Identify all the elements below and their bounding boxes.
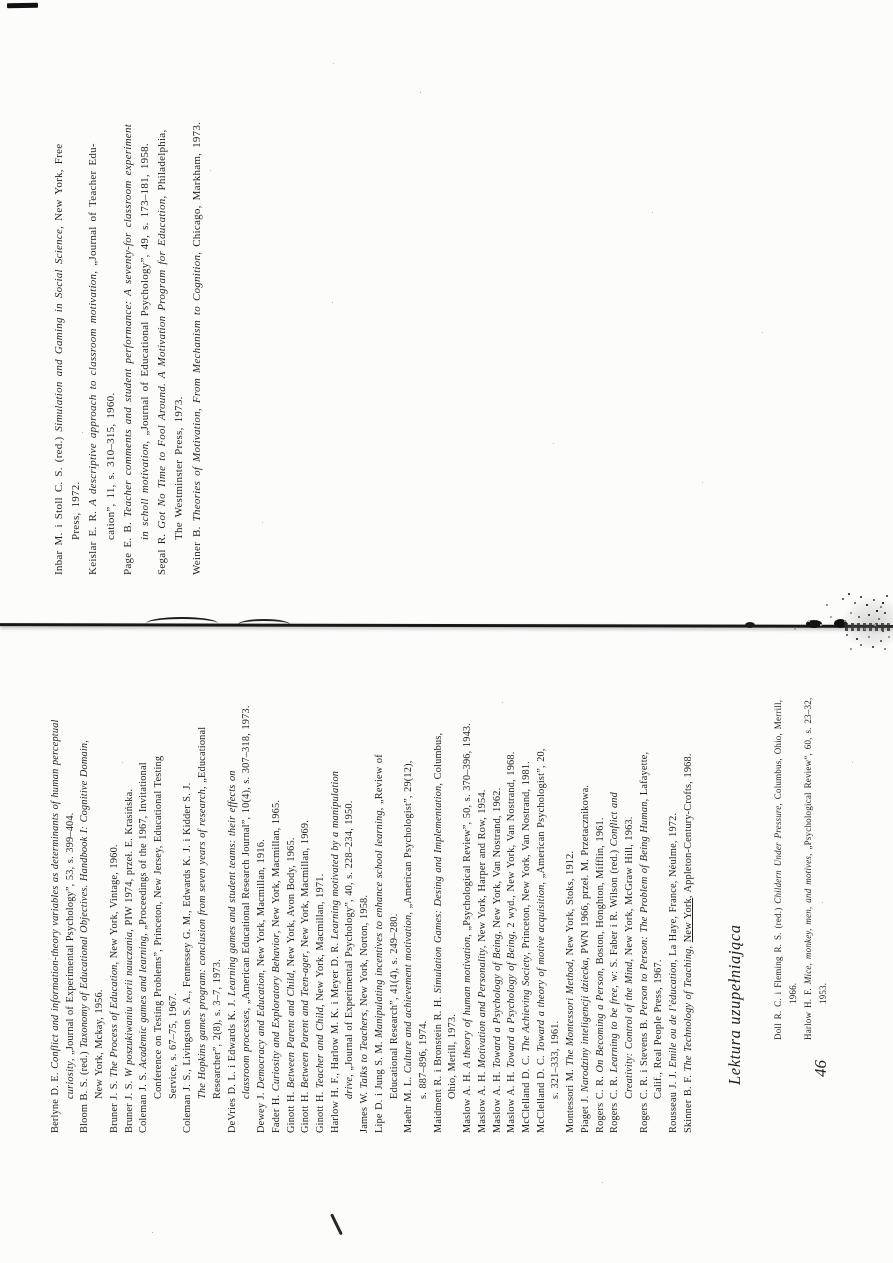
reference-line: Maslow A. H. A theory of human motivatio… bbox=[461, 705, 476, 1133]
reference-line: Creativity: Control of the Mind, New Yor… bbox=[623, 705, 638, 1133]
page-number: 46 bbox=[811, 1060, 831, 1077]
reference-line: Conference on Testing Problems”, Princet… bbox=[152, 705, 167, 1133]
reference-line: Dewey J. Democracy and Education, New Yo… bbox=[255, 705, 270, 1133]
scan-smudge-speckles bbox=[838, 590, 840, 592]
reference-line: The Westminster Press, 1973. bbox=[171, 122, 188, 575]
reference-line: Rogers C. R. i Stevens B. Person to Pers… bbox=[638, 705, 653, 1133]
reference-line: Coleman J. S. Academic games and learnin… bbox=[137, 705, 152, 1133]
reference-line: Maidment R. i Bronstein R. H. Simulation… bbox=[432, 705, 447, 1133]
reference-line: Ginott H. Teacher and Child, New York, M… bbox=[314, 705, 329, 1133]
reference-line: classroom processes, „American Education… bbox=[240, 705, 255, 1133]
reference-line: Page E. B. Teacher comments and student … bbox=[120, 122, 137, 575]
fold-wave-mark bbox=[146, 617, 218, 630]
reference-line: James W. Talks to Teachers, New York, No… bbox=[358, 705, 373, 1133]
scanned-book-spread: Inbar M. i Stoll C. S. (red.) Simulation… bbox=[0, 0, 893, 1263]
reference-line: Rogers C. R. On Becoming a Person, Bosto… bbox=[594, 705, 609, 1133]
reference-line: s. 321–333, 1961. bbox=[549, 705, 564, 1133]
reference-line: Educational Research”, 41(4), s. 249–280… bbox=[388, 705, 403, 1133]
bottom-page: Berlyne D. E. Conflict and information-t… bbox=[0, 627, 893, 1263]
reference-line: DeVries D. L. i Edwards K. J. Learning g… bbox=[226, 705, 241, 1133]
fold-ink-blob bbox=[745, 622, 755, 628]
reference-line: Berlyne D. E. Conflict and information-t… bbox=[49, 705, 64, 1133]
section-heading: Lektura uzupełniająca bbox=[725, 924, 745, 1085]
scan-edge-artifact bbox=[7, 3, 38, 9]
reference-line: Maslow A. H. Toward a Psychology of Bein… bbox=[491, 705, 506, 1133]
reference-line: curiosity, „Journal of Experimental Psyc… bbox=[64, 705, 79, 1133]
reference-line: The Hopkins games program: conclusion fr… bbox=[196, 705, 211, 1133]
reference-line: Calif., Real People Press, 1967. bbox=[652, 705, 667, 1133]
supplementary-list-continuation: Inbar M. i Stoll C. S. (red.) Simulation… bbox=[51, 122, 206, 575]
top-page: Inbar M. i Stoll C. S. (red.) Simulation… bbox=[0, 0, 893, 627]
scan-noise-dots bbox=[0, 0, 1, 1]
reference-line: Bloom B. S. (red.) Taxonomy of Education… bbox=[78, 705, 93, 1133]
reference-line: Harlow H. F., Harlow M. K. i Meyer D. R.… bbox=[329, 705, 344, 1133]
reference-line: Piaget J. Narodziny inteligencji dziecka… bbox=[579, 705, 594, 1133]
reference-line: s. 887–896, 1974. bbox=[417, 705, 432, 1133]
reference-line: Doll R. C. i Fleming R. S. (red.) Childe… bbox=[771, 698, 786, 1040]
reference-line: New York, Mckay, 1956. bbox=[93, 705, 108, 1133]
reference-line: Segal R. Got No Time to Fool Around. A M… bbox=[154, 122, 171, 575]
reference-line: Coleman J. S., Livingston S. A., Fenness… bbox=[181, 705, 196, 1133]
reference-line: cation”, 11, s. 310–315, 1960. bbox=[103, 122, 120, 575]
reference-line: Press, 1972. bbox=[68, 122, 85, 575]
reference-line: Maslow A. H. Toward a Psychology of Bein… bbox=[505, 705, 520, 1133]
reference-line: Montessori M. The Montessori Method, New… bbox=[564, 705, 579, 1133]
reference-line: Maehr M. L. Culture and achievement moti… bbox=[402, 705, 417, 1133]
supplementary-reading-list: Doll R. C. i Fleming R. S. (red.) Childe… bbox=[771, 698, 831, 1040]
fold-ink-blob bbox=[806, 620, 822, 628]
reference-line: Inbar M. i Stoll C. S. (red.) Simulation… bbox=[51, 122, 68, 575]
reference-line: Bruner J. S. W poszukiwaniu teorii naucz… bbox=[123, 705, 138, 1133]
reference-line: Fader H. Curiosity and Exploratory Behav… bbox=[270, 705, 285, 1133]
reference-line: Harlow H. F. Mice, monkey, men, and moti… bbox=[801, 698, 816, 1040]
reference-line: McClelland D. C. The Achieving Society, … bbox=[520, 705, 535, 1133]
reference-line: Bruner J. S. The Process of Education, N… bbox=[108, 705, 123, 1133]
reference-line: Keislar E. R. A descriptive approach to … bbox=[85, 122, 102, 575]
bibliography-list: Berlyne D. E. Conflict and information-t… bbox=[49, 705, 697, 1133]
reference-line: McClelland D. C. Toward a theory of moti… bbox=[535, 705, 550, 1133]
reference-line: Rogers C. R. Learning to be free, w: S. … bbox=[608, 705, 623, 1133]
reference-line: Lipe D. i Jung S. M. Manipulating incent… bbox=[373, 705, 388, 1133]
reference-line: Ohio, Merill, 1973. bbox=[446, 705, 461, 1133]
reference-line: in scholl motivation, „Journal of Educat… bbox=[137, 122, 154, 575]
scan-smudge bbox=[843, 598, 893, 648]
reference-line: Service, s. 67–75, 1967. bbox=[167, 705, 182, 1133]
reference-line: 1966. bbox=[786, 698, 801, 1040]
reference-line: drive, „Journal of Experimental Psycholo… bbox=[343, 705, 358, 1133]
reference-line: Weiner B. Theories of Motivation, From M… bbox=[189, 122, 206, 575]
reference-line: Researcher”, 2(8), s. 3–7, 1973. bbox=[211, 705, 226, 1133]
reference-line: Rousseau J. J. Emile ou de l’éducation, … bbox=[667, 705, 682, 1133]
reference-line: Maslow A. H. Motivation and Personality,… bbox=[476, 705, 491, 1133]
reference-line: Ginott H. Between Parent and Child, New … bbox=[285, 705, 300, 1133]
reference-line: 1953. bbox=[816, 698, 831, 1040]
reference-line: Skinner B. F. The Technology of Teaching… bbox=[682, 705, 697, 1133]
reference-line: Ginott H. Between Parent and Teen-ager, … bbox=[299, 705, 314, 1133]
fold-wave-mark bbox=[238, 619, 290, 630]
